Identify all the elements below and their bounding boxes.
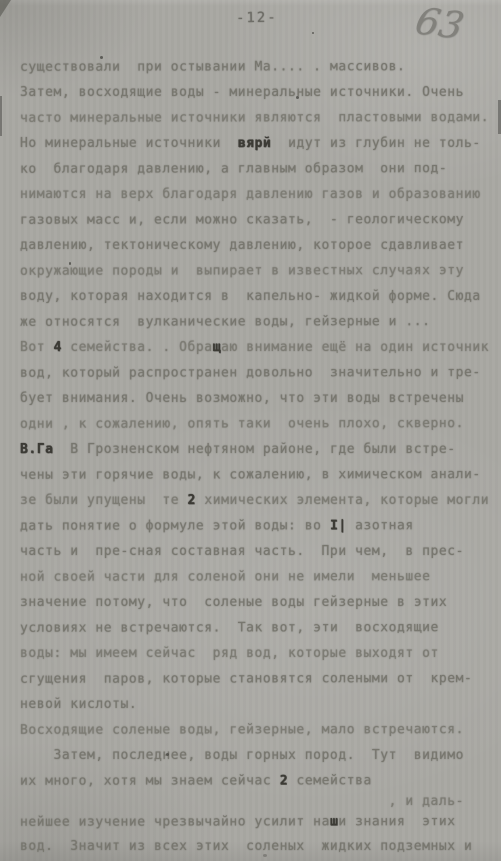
overtyped-correction: вярй (238, 136, 272, 151)
ink-speck (312, 32, 314, 34)
handwritten-folio-number: 63 (411, 0, 467, 47)
ink-speck (69, 262, 71, 265)
ink-speck (296, 96, 299, 99)
text-line-3: часто минеральные источники являются пла… (20, 105, 496, 131)
scanned-page: -12- 63 существовали при остывании Ма...… (0, 0, 501, 861)
typescript-body: существовали при остывании Ма.... . масс… (20, 54, 496, 860)
text-line-22: значение потому, что соленые воды гейзер… (20, 590, 496, 616)
text-line-21: ной своей части для соленой они не имели… (20, 564, 496, 590)
ink-speck (100, 56, 103, 59)
text-line-17: чены эти горячие воды, к сожалению, в хи… (20, 462, 496, 488)
text-line-5: ко благодаря давлению, а главным образом… (20, 156, 496, 182)
scan-corner-artifact (0, 0, 11, 17)
ink-speck (263, 854, 267, 857)
text-line-16: В.Га В Грозненском нефтяном районе, где … (20, 437, 496, 463)
text-line-23: условиях не встречаются. Так вот, эти во… (20, 615, 496, 641)
text-line-15: одни , к сожалению, опять таки очень пло… (20, 411, 496, 437)
text-line-13: вод, который распространен довольно знач… (20, 360, 496, 386)
text-line-31: нейшее изучение чрезвычайно усилит наши … (20, 809, 496, 835)
text-line-9: окружающие породы и выпирает в известных… (20, 258, 496, 284)
page-number: -12- (236, 10, 278, 27)
text-line-25: сгущения паров, которые становятся солен… (20, 666, 496, 692)
text-line-11: же относятся вулканические воды, гейзерн… (20, 309, 496, 335)
text-line-10: воду, которая находится в капельно- жидк… (20, 284, 496, 310)
ink-speck (166, 753, 169, 756)
overtyped-correction: 2 (188, 493, 196, 508)
overtyped-correction: 4 (54, 340, 62, 355)
text-line-8: давлению, тектоническому давлению, котор… (20, 233, 496, 259)
text-line-28: Затем, последнее, воды горных пород. Тут… (20, 743, 496, 769)
text-line-30: , и даль- (20, 794, 496, 809)
text-line-4: Но минеральные источники вярй идут из гл… (20, 131, 496, 157)
text-line-20: часть и пре-сная составная часть. При че… (20, 539, 496, 565)
overtyped-correction: I| (330, 518, 347, 533)
overtyped-correction: 2 (280, 773, 288, 788)
text-line-26: невой кислоты. (20, 692, 496, 718)
scan-edge-artifact (0, 96, 2, 136)
text-line-32: вод. Значит из всех этих соленых жидких … (20, 834, 496, 860)
text-line-6: нимаются на верх благодаря давлению газо… (20, 182, 496, 208)
text-line-2: Затем, восходящие воды - минеральные ист… (20, 80, 496, 106)
text-line-14: бует внимания. Очень возможно, что эти в… (20, 386, 496, 412)
text-line-29: их много, хотя мы знаем сейчас 2 семейст… (20, 768, 496, 794)
text-line-7: газовых масс и, если можно сказать, - ге… (20, 207, 496, 233)
text-line-1: существовали при остывании Ма.... . масс… (20, 54, 496, 80)
overtyped-correction: щ (213, 340, 221, 355)
text-line-27: Восходящие соленые воды, гейзерные, мало… (20, 717, 496, 743)
text-line-12: Вот 4 семейства. . Обращаю внимание ещё … (20, 335, 496, 361)
overtyped-correction: В.Га (20, 442, 54, 457)
text-line-24: воды: мы имеем сейчас ряд вод, которые в… (20, 641, 496, 667)
text-line-18: зе были упущены те 2 химических элемента… (20, 488, 496, 514)
text-line-19: дать понятие о формуле этой воды: во I| … (20, 513, 496, 539)
